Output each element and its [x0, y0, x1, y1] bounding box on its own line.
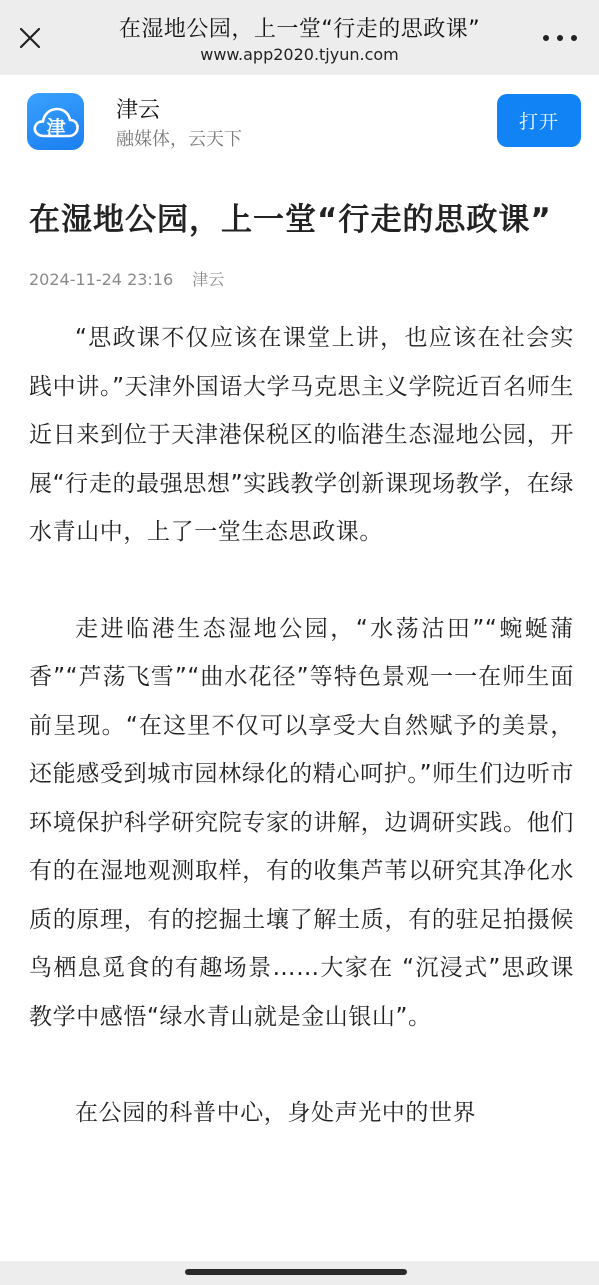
more-button[interactable]: [543, 28, 577, 48]
page-url: www.app2020.tjyun.com: [80, 45, 519, 64]
article-paragraph: 在公园的科普中心，身处声光中的世界: [29, 1089, 574, 1138]
article-source[interactable]: 津云: [192, 270, 224, 289]
cloud-icon: 津: [32, 102, 80, 142]
article-title: 在湿地公园，上一堂“行走的思政课”: [29, 195, 574, 245]
app-download-banner: 津 津云 融媒体，云天下 打开: [0, 75, 599, 170]
close-icon: [18, 26, 42, 50]
more-dot-icon: [557, 35, 563, 41]
svg-text:津: 津: [46, 116, 66, 139]
article-paragraph: “思政课不仅应该在课堂上讲，也应该在社会实践中讲。”天津外国语大学马克思主义学院…: [29, 314, 574, 557]
article-body: “思政课不仅应该在课堂上讲，也应该在社会实践中讲。”天津外国语大学马克思主义学院…: [29, 314, 574, 1138]
bottom-bar: [0, 1261, 599, 1285]
close-button[interactable]: [14, 22, 46, 54]
page-title: 在湿地公园，上一堂“行走的思政课”: [80, 12, 519, 43]
app-slogan: 融媒体，云天下: [116, 125, 242, 151]
more-dot-icon: [571, 35, 577, 41]
article-paragraph: 走进临港生态湿地公园，“水荡沽田”“蜿蜒蒲香”“芦荡飞雪”“曲水花径”等特色景观…: [29, 605, 574, 1042]
home-indicator[interactable]: [185, 1269, 407, 1275]
open-app-button[interactable]: 打开: [497, 94, 581, 147]
app-name: 津云: [116, 93, 160, 124]
article: 在湿地公园，上一堂“行走的思政课” 2024-11-24 23:16 津云 “思…: [29, 195, 574, 1186]
more-dot-icon: [543, 35, 549, 41]
publish-date: 2024-11-24 23:16: [29, 270, 173, 289]
browser-top-bar: 在湿地公园，上一堂“行走的思政课” www.app2020.tjyun.com: [0, 0, 599, 75]
app-logo-icon: 津: [27, 93, 84, 150]
article-meta: 2024-11-24 23:16 津云: [29, 267, 574, 290]
